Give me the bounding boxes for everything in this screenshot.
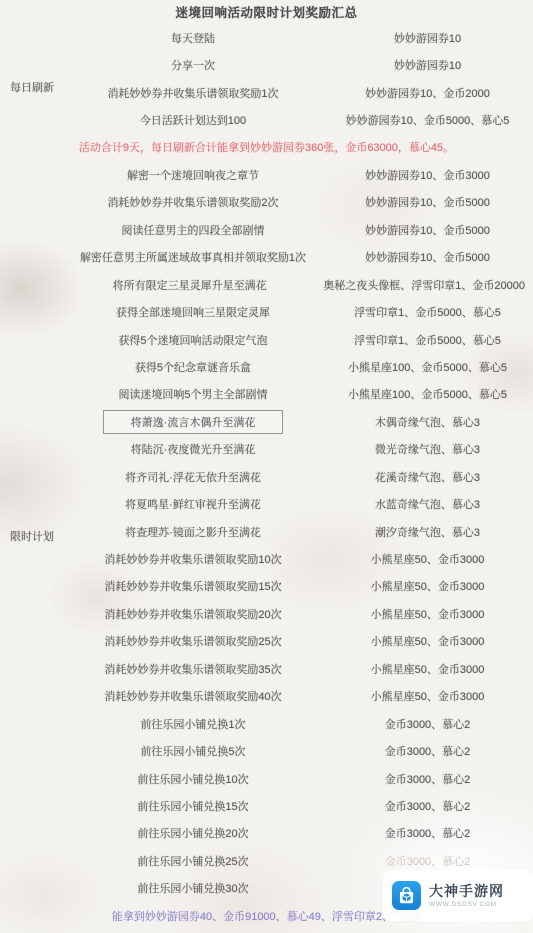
table-row: 解密任意男主所属迷域故事真相并领取奖励1次妙妙游园券10、金币5000 xyxy=(0,244,533,271)
table-row: 前往乐园小铺兑换5次金币3000、慕心2 xyxy=(0,737,533,764)
reward-cell: 花溪奇缘气泡、慕心3 xyxy=(375,469,480,485)
table-row: 将陆沉·夜度微光升至满花微光奇缘气泡、慕心3 xyxy=(0,436,533,463)
task-cell: 阅读任意男主的四段全部剧情 xyxy=(122,222,265,238)
task-cell: 阅读迷境回响5个男主全部剧情 xyxy=(118,386,267,402)
task-cell: 前往乐园小铺兑换1次 xyxy=(140,716,245,732)
task-cell: 前往乐园小铺兑换20次 xyxy=(137,825,248,841)
reward-cell: 金币3000、慕心2 xyxy=(385,853,471,869)
page-title: 迷境回响活动限时计划奖励汇总 xyxy=(0,3,533,21)
reward-cell: 小熊星座50、金币3000 xyxy=(371,578,485,594)
reward-cell: 奥秘之夜头像框、浮雪印章1、金币20000 xyxy=(323,277,525,293)
task-cell: 前往乐园小铺兑换25次 xyxy=(137,853,248,869)
table-row: 获得5个迷境回响活动限定气泡浮雪印章1、金币5000、慕心5 xyxy=(0,326,533,353)
table-row: 阅读迷境回响5个男主全部剧情小熊星座100、金币5000、慕心5 xyxy=(0,381,533,408)
table-row: 消耗妙妙券并收集乐谱领取奖励1次妙妙游园券10、金币2000 xyxy=(0,79,533,106)
reward-cell: 妙妙游园券10、金币5000、慕心5 xyxy=(346,112,510,128)
task-cell: 将夏鸣星·鲜红审视升至满花 xyxy=(125,496,261,512)
table-row: 消耗妙妙券并收集乐谱领取奖励20次小熊星座50、金币3000 xyxy=(0,600,533,627)
watermark-site-name: 大神手游网 xyxy=(429,884,504,899)
reward-cell: 妙妙游园券10、金币5000 xyxy=(365,194,490,210)
task-cell: 获得全部迷境回响三星限定灵犀 xyxy=(116,304,270,320)
reward-cell: 妙妙游园券10 xyxy=(394,30,461,46)
table-row: 前往乐园小铺兑换10次金币3000、慕心2 xyxy=(0,765,533,792)
table-row: 消耗妙妙券并收集乐谱领取奖励10次小熊星座50、金币3000 xyxy=(0,545,533,572)
task-cell: 消耗妙妙券并收集乐谱领取奖励20次 xyxy=(104,606,281,622)
task-cell: 消耗妙妙券并收集乐谱领取奖励35次 xyxy=(104,661,281,677)
table-row: 每天登陆妙妙游园券10 xyxy=(0,24,533,51)
table-row: 今日活跃计划达到100妙妙游园券10、金币5000、慕心5 xyxy=(0,106,533,133)
table-row: 将夏鸣星·鲜红审视升至满花水蓝奇缘气泡、慕心3 xyxy=(0,490,533,517)
task-cell: 将陆沉·夜度微光升至满花 xyxy=(131,441,256,457)
task-cell: 解密任意男主所属迷域故事真相并领取奖励1次 xyxy=(80,249,306,265)
rewards-table: 每天登陆妙妙游园券10分享一次妙妙游园券10消耗妙妙券并收集乐谱领取奖励1次妙妙… xyxy=(0,24,533,929)
table-row: 获得5个纪念章谜音乐盒小熊星座100、金币5000、慕心5 xyxy=(0,353,533,380)
task-cell: 消耗妙妙券并收集乐谱领取奖励1次 xyxy=(107,85,278,101)
table-row: 消耗妙妙券并收集乐谱领取奖励25次小熊星座50、金币3000 xyxy=(0,628,533,655)
table-row: 将齐司礼·浮花无依升至满花花溪奇缘气泡、慕心3 xyxy=(0,463,533,490)
task-cell: 将查理苏·镜面之影升至满花 xyxy=(125,524,261,540)
reward-cell: 水蓝奇缘气泡、慕心3 xyxy=(375,496,480,512)
table-row: 消耗妙妙券并收集乐谱领取奖励35次小熊星座50、金币3000 xyxy=(0,655,533,682)
watermark-site-url: WWW.DSDSV.COM xyxy=(429,901,504,908)
reward-cell: 金币3000、慕心2 xyxy=(385,716,471,732)
reward-cell: 小熊星座100、金币5000、慕心5 xyxy=(348,386,507,402)
task-cell: 前往乐园小铺兑换10次 xyxy=(137,771,248,787)
reward-cell: 金币3000、慕心2 xyxy=(385,743,471,759)
reward-cell: 妙妙游园券10 xyxy=(394,57,461,73)
reward-cell: 妙妙游园券10、金币5000 xyxy=(365,249,490,265)
reward-cell: 潮汐奇缘气泡、慕心3 xyxy=(375,524,480,540)
table-row: 前往乐园小铺兑换15次金币3000、慕心2 xyxy=(0,792,533,819)
task-cell: 每天登陆 xyxy=(171,30,215,46)
table-row: 分享一次妙妙游园券10 xyxy=(0,51,533,78)
task-cell: 消耗妙妙券并收集乐谱领取奖励2次 xyxy=(107,194,278,210)
reward-cell: 妙妙游园券10、金币2000 xyxy=(365,85,490,101)
table-row: 将萧逸·流言木偶升至满花木偶奇缘气泡、慕心3 xyxy=(0,408,533,435)
table-row: 消耗妙妙券并收集乐谱领取奖励15次小熊星座50、金币3000 xyxy=(0,573,533,600)
reward-cell: 小熊星座50、金币3000 xyxy=(371,551,485,567)
reward-cell: 木偶奇缘气泡、慕心3 xyxy=(375,414,480,430)
reward-cell: 金币3000、慕心2 xyxy=(385,771,471,787)
reward-cell: 小熊星座50、金币3000 xyxy=(371,661,485,677)
reward-cell: 小熊星座50、金币3000 xyxy=(371,606,485,622)
watermark-text: 大神手游网 WWW.DSDSV.COM xyxy=(429,884,504,908)
table-row: 活动合计9天，每日刷新合计能拿到妙妙游园券360张，金币63000，慕心45。 xyxy=(0,134,533,161)
cube-bag-icon xyxy=(392,881,421,910)
table-row: 将查理苏·镜面之影升至满花潮汐奇缘气泡、慕心3 xyxy=(0,518,533,545)
reward-cell: 小熊星座100、金币5000、慕心5 xyxy=(348,359,507,375)
task-cell: 分享一次 xyxy=(171,57,215,73)
task-cell: 消耗妙妙券并收集乐谱领取奖励15次 xyxy=(104,578,281,594)
table-row: 解密一个迷境回响夜之章节妙妙游园券10、金币3000 xyxy=(0,161,533,188)
reward-cell: 金币3000、慕心2 xyxy=(385,825,471,841)
reward-cell: 小熊星座50、金币3000 xyxy=(371,633,485,649)
task-cell-highlighted: 将萧逸·流言木偶升至满花 xyxy=(103,410,284,434)
reward-cell: 微光奇缘气泡、慕心3 xyxy=(375,441,480,457)
task-cell: 前往乐园小铺兑换5次 xyxy=(140,743,245,759)
table-row: 消耗妙妙券并收集乐谱领取奖励40次小熊星座50、金币3000 xyxy=(0,683,533,710)
reward-cell: 浮雪印章1、金币5000、慕心5 xyxy=(354,304,501,320)
reward-cell: 小熊星座50、金币3000 xyxy=(371,688,485,704)
reward-cell: 妙妙游园券10、金币5000 xyxy=(365,222,490,238)
reward-cell: 妙妙游园券10、金币3000 xyxy=(365,167,490,183)
task-cell: 消耗妙妙券并收集乐谱领取奖励10次 xyxy=(104,551,281,567)
table-row: 阅读任意男主的四段全部剧情妙妙游园券10、金币5000 xyxy=(0,216,533,243)
task-cell: 将齐司礼·浮花无依升至满花 xyxy=(125,469,261,485)
task-cell: 解密一个迷境回响夜之章节 xyxy=(127,167,259,183)
table-row: 前往乐园小铺兑换1次金币3000、慕心2 xyxy=(0,710,533,737)
task-cell: 今日活跃计划达到100 xyxy=(140,112,246,128)
reward-cell: 金币3000、慕心2 xyxy=(385,798,471,814)
table-row: 消耗妙妙券并收集乐谱领取奖励2次妙妙游园券10、金币5000 xyxy=(0,189,533,216)
table-row: 前往乐园小铺兑换20次金币3000、慕心2 xyxy=(0,820,533,847)
task-cell: 消耗妙妙券并收集乐谱领取奖励25次 xyxy=(104,633,281,649)
task-cell: 消耗妙妙券并收集乐谱领取奖励40次 xyxy=(104,688,281,704)
daily-total-note: 活动合计9天，每日刷新合计能拿到妙妙游园券360张，金币63000，慕心45。 xyxy=(0,139,533,155)
task-cell: 获得5个纪念章谜音乐盒 xyxy=(135,359,251,375)
task-cell: 前往乐园小铺兑换30次 xyxy=(137,880,248,896)
table-row: 将所有限定三星灵犀升星至满花奥秘之夜头像框、浮雪印章1、金币20000 xyxy=(0,271,533,298)
watermark-badge: 大神手游网 WWW.DSDSV.COM xyxy=(383,870,533,921)
reward-cell: 浮雪印章1、金币5000、慕心5 xyxy=(354,332,501,348)
task-cell: 获得5个迷境回响活动限定气泡 xyxy=(118,332,267,348)
task-cell: 前往乐园小铺兑换15次 xyxy=(137,798,248,814)
task-cell: 将所有限定三星灵犀升星至满花 xyxy=(113,277,267,293)
table-row: 获得全部迷境回响三星限定灵犀浮雪印章1、金币5000、慕心5 xyxy=(0,298,533,325)
